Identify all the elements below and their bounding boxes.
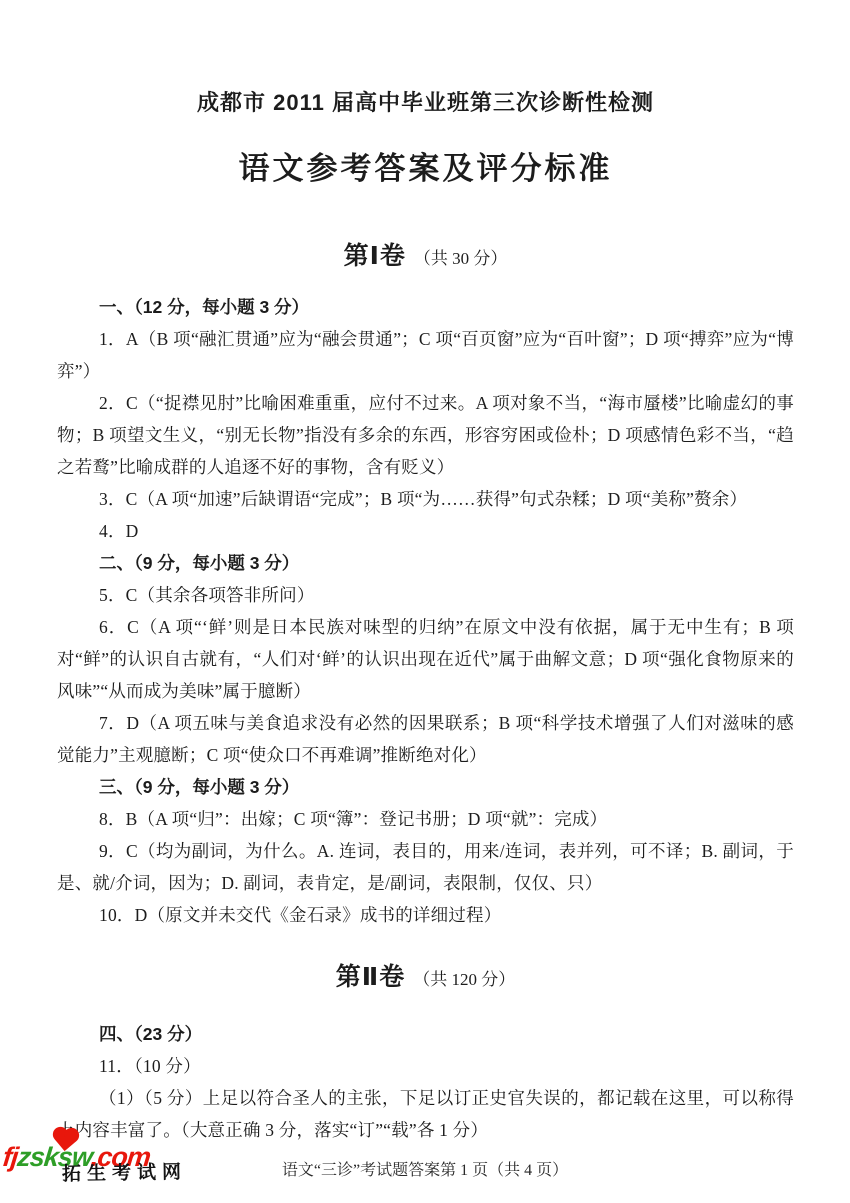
answer-item-10: 10．D（原文并未交代《金石录》成书的详细过程）	[57, 899, 794, 931]
answer-key-title: 语文参考答案及评分标准	[57, 148, 794, 190]
answer-item-1: 1．A（B 项“融汇贯通”应为“融会贯通”；C 项“百页窗”应为“百叶窗”；D …	[57, 323, 794, 387]
exam-title: 成都市 2011 届高中毕业班第三次诊断性检测	[57, 88, 794, 118]
answer-item-2: 2．C（“捉襟见肘”比喻困难重重，应付不过来。A 项对象不当，“海市蜃楼”比喻虚…	[57, 387, 794, 483]
part2-title-text: 第Ⅱ卷	[336, 963, 405, 991]
answer-item-11-1: （1）（5 分）上足以符合圣人的主张，下足以订正史官失误的，都记载在这里，可以称…	[57, 1082, 794, 1146]
answer-item-8: 8．B（A 项“归”：出嫁；C 项“簿”：登记书册；D 项“就”：完成）	[57, 803, 794, 835]
document-page: 成都市 2011 届高中毕业班第三次诊断性检测 语文参考答案及评分标准 第Ⅰ卷 …	[0, 0, 850, 1203]
part1-title: 第Ⅰ卷 （共 30 分）	[57, 236, 794, 279]
answer-item-11: 11．（10 分）	[57, 1050, 794, 1082]
answer-item-4: 4．D	[57, 515, 794, 547]
answer-key-content: 成都市 2011 届高中毕业班第三次诊断性检测 语文参考答案及评分标准 第Ⅰ卷 …	[57, 0, 794, 1146]
answer-item-5: 5．C（其余各项答非所问）	[57, 579, 794, 611]
part1-title-text: 第Ⅰ卷	[344, 242, 406, 270]
part2-title-note: （共 120 分）	[413, 970, 515, 989]
watermark-site-name: 拓生考试网	[62, 1163, 187, 1184]
part1-title-note: （共 30 分）	[414, 249, 508, 268]
answer-item-9: 9．C（均为副词，为什么。A. 连词，表目的，用来/连词，表并列，可不译；B. …	[57, 835, 794, 899]
answer-item-7: 7．D（A 项五味与美食追求没有必然的因果联系；B 项“科学技术增强了人们对滋味…	[57, 707, 794, 771]
part2-title: 第Ⅱ卷 （共 120 分）	[57, 957, 794, 1000]
answer-item-3: 3．C（A 项“加速”后缺谓语“完成”；B 项“为……获得”句式杂糅；D 项“美…	[57, 483, 794, 515]
section-4-heading: 四、（23 分）	[57, 1018, 794, 1050]
section-3-heading: 三、（9 分，每小题 3 分）	[57, 771, 794, 803]
section-2-heading: 二、（9 分，每小题 3 分）	[57, 547, 794, 579]
section-1-heading: 一、（12 分，每小题 3 分）	[57, 291, 794, 323]
answer-item-6: 6．C（A 项“‘鲜’则是日本民族对味型的归纳”在原文中没有依据，属于无中生有；…	[57, 611, 794, 707]
